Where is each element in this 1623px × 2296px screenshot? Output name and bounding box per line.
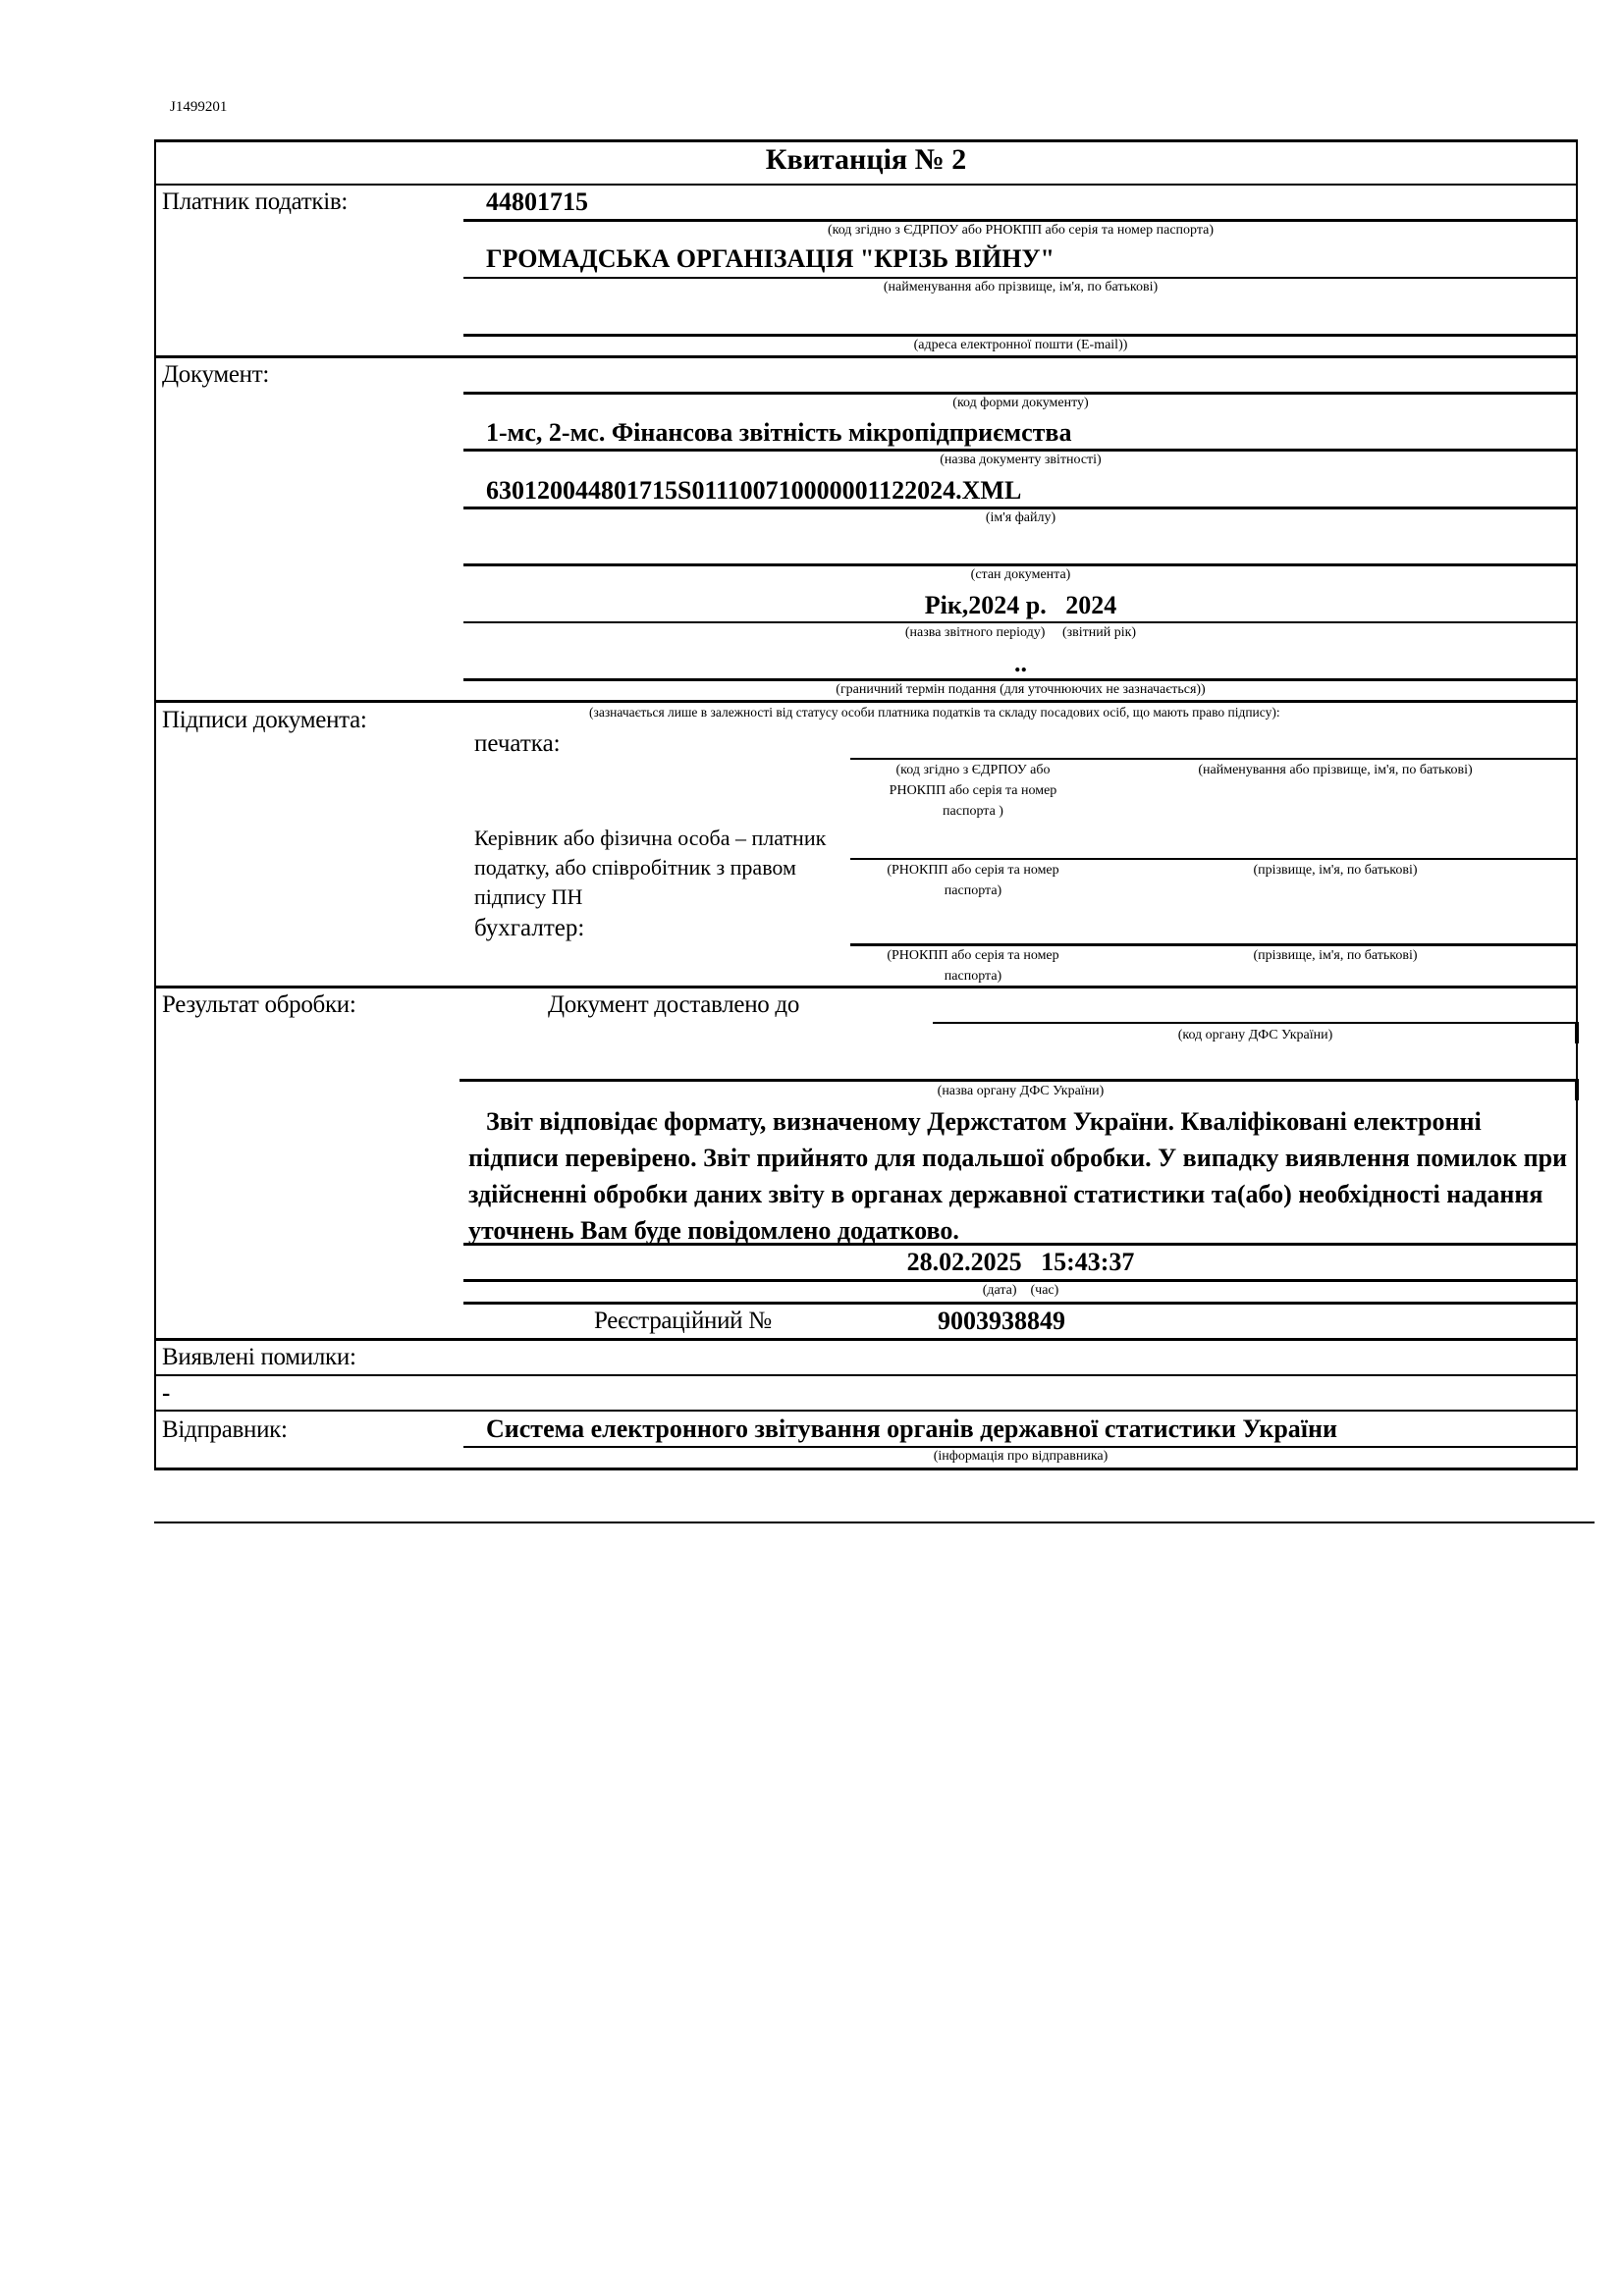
section-divider	[154, 986, 1578, 988]
page-separator	[154, 1522, 1595, 1523]
registration-label: Реєстраційний №	[594, 1308, 772, 1335]
caption-line: (РНОКПП або серія та номер	[850, 863, 1096, 879]
receipt-title: Квитанція № 2	[154, 143, 1578, 177]
reporting-period: Рік,2024 р. 2024	[463, 591, 1578, 620]
caption-line: РНОКПП або серія та номер	[850, 783, 1096, 799]
authority-code-caption: (код органу ДФС України)	[933, 1028, 1578, 1043]
authority-name-caption: (назва органу ДФС України)	[463, 1084, 1578, 1099]
form-code: J1499201	[170, 99, 227, 116]
caption-line: паспорта)	[850, 883, 1096, 899]
section-divider	[154, 700, 1578, 703]
divider	[154, 184, 1578, 186]
errors-value: -	[162, 1380, 170, 1408]
caption-line: паспорта )	[850, 804, 1096, 820]
table-top-border	[154, 139, 1578, 142]
sender-value: Система електронного звітування органів …	[486, 1415, 1337, 1444]
document-name: 1-мс, 2-мс. Фінансова звітність мікропід…	[486, 418, 1071, 448]
divider	[463, 1243, 1578, 1246]
divider	[463, 621, 1578, 623]
file-name-caption: (ім'я файлу)	[463, 510, 1578, 526]
caption-line: (код згідно з ЄДРПОУ або	[850, 763, 1096, 778]
deadline-caption: (граничний термін подання (для уточнюючи…	[463, 682, 1578, 698]
document-name-caption: (назва документу звітності)	[463, 453, 1578, 468]
section-divider	[154, 1338, 1578, 1341]
divider	[463, 678, 1578, 681]
taxpayer-name-caption: (найменування або прізвище, ім'я, по бат…	[463, 280, 1578, 295]
stamp-name-caption: (найменування або прізвище, ім'я, по бат…	[1139, 763, 1532, 778]
signatures-label: Підписи документа:	[162, 707, 367, 734]
table-left-border	[154, 139, 156, 1469]
divider	[463, 392, 1578, 395]
divider	[463, 334, 1578, 337]
file-name: 630120044801715S011100710000001122024.XM…	[486, 476, 1021, 506]
divider	[850, 943, 1578, 946]
divider	[463, 1446, 1578, 1448]
table-bottom-border	[154, 1468, 1578, 1470]
form-code-caption: (код форми документу)	[463, 396, 1578, 411]
stamp-code-caption: (код згідно з ЄДРПОУ або РНОКПП або сері…	[850, 763, 1096, 820]
divider	[460, 1079, 1578, 1082]
taxpayer-label: Платник податків:	[162, 188, 348, 216]
divider	[154, 1410, 1578, 1412]
period-caption: (назва звітного періоду) (звітний рік)	[463, 625, 1578, 641]
taxpayer-code-caption: (код згідно з ЄДРПОУ або РНОКПП або сері…	[463, 223, 1578, 239]
result-message: Звіт відповідає формату, визначеному Дер…	[468, 1103, 1574, 1249]
section-divider	[154, 355, 1578, 358]
taxpayer-email-caption: (адреса електронної пошти (E-mail))	[463, 338, 1578, 353]
head-label-line-1: Керівник або фізична особа – платник	[474, 826, 826, 851]
head-label-line-2: податку, або співробітник з правом	[474, 855, 796, 881]
divider	[463, 219, 1578, 222]
divider	[463, 1279, 1578, 1282]
taxpayer-name: ГРОМАДСЬКА ОРГАНІЗАЦІЯ "КРІЗЬ ВІЙНУ"	[486, 244, 1055, 274]
divider	[850, 758, 1578, 760]
stamp-label: печатка:	[474, 730, 561, 758]
delivered-to-label: Документ доставлено до	[548, 991, 799, 1019]
processing-datetime: 28.02.2025 15:43:37	[463, 1248, 1578, 1277]
deadline: ..	[463, 649, 1578, 678]
caption-line: паспорта)	[850, 969, 1096, 985]
head-code-caption: (РНОКПП або серія та номер паспорта)	[850, 863, 1096, 899]
document-label: Документ:	[162, 361, 269, 389]
divider	[463, 277, 1578, 279]
signatures-note: (зазначається лише в залежності від стат…	[589, 705, 1280, 721]
accountant-label: бухгалтер:	[474, 915, 584, 942]
caption-line: (РНОКПП або серія та номер	[850, 948, 1096, 964]
acc-code-caption: (РНОКПП або серія та номер паспорта)	[850, 948, 1096, 985]
datetime-caption: (дата) (час)	[463, 1283, 1578, 1299]
sender-label: Відправник:	[162, 1416, 288, 1444]
sender-caption: (інформація про відправника)	[463, 1449, 1578, 1465]
status-caption: (стан документа)	[463, 567, 1578, 583]
head-label-line-3: підпису ПН	[474, 884, 582, 910]
divider	[850, 858, 1578, 860]
registration-number: 9003938849	[938, 1307, 1065, 1336]
divider	[933, 1022, 1578, 1024]
taxpayer-code: 44801715	[486, 187, 588, 217]
divider	[154, 1374, 1578, 1376]
errors-label: Виявлені помилки:	[162, 1344, 356, 1371]
divider	[463, 1302, 1578, 1305]
divider	[463, 507, 1578, 509]
acc-name-caption: (прізвище, ім'я, по батькові)	[1139, 948, 1532, 964]
divider	[463, 449, 1578, 452]
head-name-caption: (прізвище, ім'я, по батькові)	[1139, 863, 1532, 879]
divider	[463, 563, 1578, 566]
result-label: Результат обробки:	[162, 991, 356, 1019]
